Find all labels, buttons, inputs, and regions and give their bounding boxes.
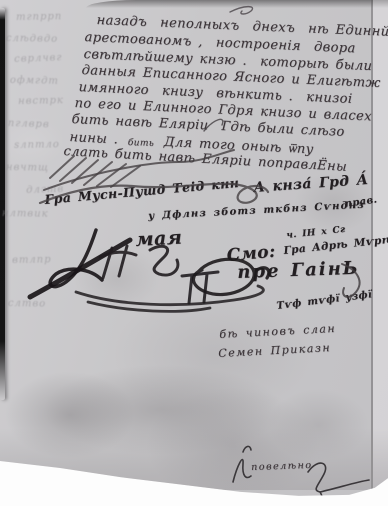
manuscript-photo: тгпррп слѣдвдо сврлчвг офмгдт нвстрк пгл…	[0, 0, 388, 506]
signature-stroke	[30, 240, 130, 297]
bleedthrough-text: слтво	[8, 298, 46, 310]
bleedthrough-text: нвчтщ	[6, 162, 49, 174]
bleedthrough-text: пглврв	[8, 118, 50, 130]
signature-stroke	[50, 230, 102, 287]
signature-stroke	[182, 272, 218, 303]
signature-fragment: бѣ чиновъ слан	[219, 322, 336, 341]
paper-page: тгпррп слѣдвдо сврлчвг офмгдт нвстрк пгл…	[0, 0, 388, 506]
signature-fragment: Тѵф тѵфї узфї	[276, 289, 373, 312]
binding-shadow	[0, 8, 5, 400]
bleedthrough-text: офмгдт	[10, 75, 59, 87]
signature-fragment: А кнза́ Грд А́	[253, 172, 369, 196]
bottom-edge-shade	[0, 428, 388, 490]
page-top-curl-shadow	[86, 0, 388, 8]
bleedthrough-text: тгпррп	[16, 11, 62, 23]
bleedthrough-text: втлпр	[12, 254, 52, 266]
bleedthrough-text: нвстрк	[18, 95, 64, 107]
signature-fragment: Семен Приказн	[218, 341, 331, 360]
bleedthrough-text: ѕлптло	[14, 139, 60, 151]
bleedthrough-text: слѣдвдо	[6, 33, 58, 45]
signature-fragment: у Дфлнз зботз ткбнз Сѵнднз	[148, 200, 365, 222]
bottom-annotation: повелѣно	[251, 460, 313, 473]
signature-stroke	[76, 286, 263, 311]
bleedthrough-text: нлтвик	[2, 208, 49, 220]
signature-stroke	[150, 246, 178, 275]
interlinear-note: бить	[128, 138, 155, 149]
bleedthrough-text: сврлчвг	[14, 52, 63, 65]
signature-fragment: пре ГаінЬ	[237, 258, 360, 283]
signature-stroke	[100, 246, 136, 278]
signature-fragment: Гра Мусн-Пушд Теід кнн	[44, 175, 240, 207]
signature-fragment: мая	[135, 227, 183, 251]
